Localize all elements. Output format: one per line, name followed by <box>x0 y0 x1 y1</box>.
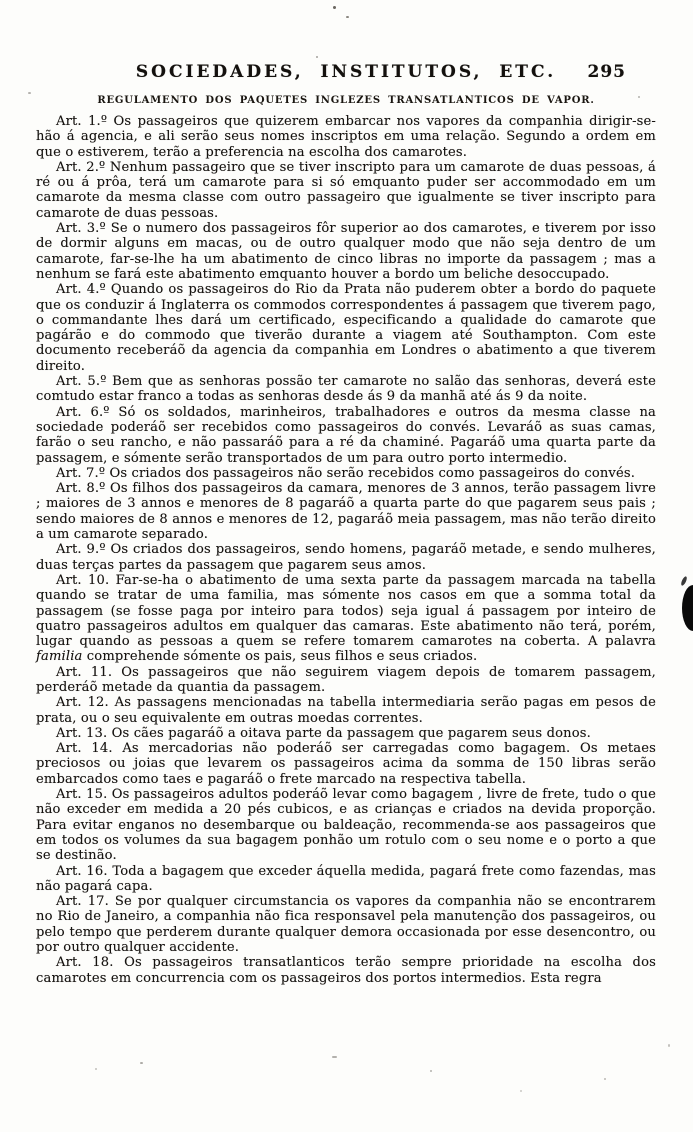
scan-speck <box>95 1068 97 1070</box>
ink-blot-artifact <box>682 585 693 631</box>
article-paragraph: Art. 8.º Os filhos dos passageiros da ca… <box>36 481 656 542</box>
section-subtitle: REGULAMENTO DOS PAQUETES INGLEZES TRANSA… <box>36 95 656 106</box>
scan-speck <box>638 96 640 98</box>
article-paragraph: Art. 6.º Só os soldados, marinheiros, tr… <box>36 405 656 466</box>
article-paragraph: Art. 3.º Se o numero dos passageiros fôr… <box>36 221 656 282</box>
scan-speck <box>333 6 336 9</box>
page-number: 295 <box>588 62 627 82</box>
articles-list: Art. 1.º Os passageiros que quizerem emb… <box>36 114 656 986</box>
article-paragraph: Art. 1.º Os passageiros que quizerem emb… <box>36 114 656 160</box>
article-paragraph: Art. 5.º Bem que as senhoras possão ter … <box>36 374 656 405</box>
page-title: SOCIEDADES, INSTITUTOS, ETC. <box>136 62 556 82</box>
article-paragraph: Art. 7.º Os criados dos passageiros não … <box>36 466 656 481</box>
scan-speck <box>430 1070 432 1072</box>
scan-speck <box>316 56 318 58</box>
article-paragraph: Art. 12. As passagens mencionadas na tab… <box>36 695 656 726</box>
scan-speck <box>28 92 31 94</box>
article-paragraph: Art. 4.º Quando os passageiros do Rio da… <box>36 282 656 374</box>
article-paragraph: Art. 17. Se por qualquer circumstancia o… <box>36 894 656 955</box>
scan-speck <box>332 1056 337 1058</box>
page-content: SOCIEDADES, INSTITUTOS, ETC. 295 REGULAM… <box>36 62 656 986</box>
article-paragraph: Art. 11. Os passageiros que não seguirem… <box>36 665 656 696</box>
scan-speck <box>668 1044 670 1047</box>
article-paragraph: Art. 9.º Os criados dos passageiros, sen… <box>36 542 656 573</box>
scan-speck <box>520 1090 522 1092</box>
scan-speck <box>604 1078 606 1080</box>
article-paragraph: Art. 18. Os passageiros transatlanticos … <box>36 955 656 986</box>
running-head: SOCIEDADES, INSTITUTOS, ETC. 295 <box>36 62 656 82</box>
article-paragraph: Art. 15. Os passageiros adultos poderáõ … <box>36 787 656 863</box>
scan-speck <box>140 1062 143 1064</box>
article-paragraph: Art. 16. Toda a bagagem que exceder áque… <box>36 864 656 895</box>
article-paragraph: Art. 13. Os cães pagaráõ a oitava parte … <box>36 726 656 741</box>
ink-blot-tail-artifact <box>680 576 688 587</box>
article-paragraph: Art. 2.º Nenhum passageiro que se tiver … <box>36 160 656 221</box>
scanned-book-page: SOCIEDADES, INSTITUTOS, ETC. 295 REGULAM… <box>0 0 693 1132</box>
article-paragraph: Art. 14. As mercadorias não poderáõ ser … <box>36 741 656 787</box>
scan-speck <box>346 16 349 18</box>
article-paragraph: Art. 10. Far-se-ha o abatimento de uma s… <box>36 573 656 665</box>
